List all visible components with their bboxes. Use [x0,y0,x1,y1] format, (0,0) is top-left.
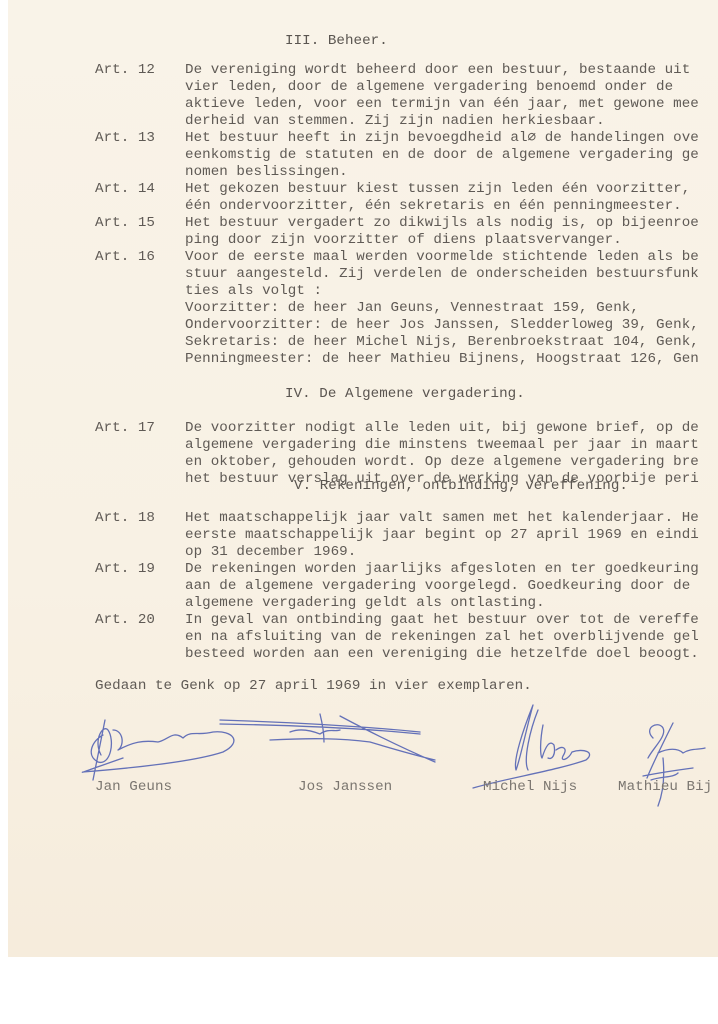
signature-jos-janssen [220,712,440,772]
board-member-chairman: Voorzitter: de heer Jan Geuns, Vennestra… [185,300,639,317]
article-line: aktieve leden, voor een termijn van één … [185,96,699,113]
signatory-name: Jan Geuns [95,779,172,796]
board-member-vice-chairman: Ondervoorzitter: de heer Jos Janssen, Sl… [185,317,699,334]
section-heading-algemene-vergadering: IV. De Algemene vergadering. [285,386,525,403]
article-label: Art. 12 [95,62,155,79]
article-label: Art. 15 [95,215,155,232]
board-member-treasurer: Penningmeester: de heer Mathieu Bijnens,… [185,351,699,368]
article-line: en na afsluiting van de rekeningen zal h… [185,629,699,646]
signatory-name: Jos Janssen [298,779,392,796]
closing-statement: Gedaan te Genk op 27 april 1969 in vier … [95,678,532,695]
article-line: op 31 december 1969. [185,544,356,561]
article-line: één ondervoorzitter, één sekretaris en é… [185,198,682,215]
article-line: ping door zijn voorzitter of diens plaat… [185,232,622,249]
article-label: Art. 20 [95,612,155,629]
article-label: Art. 18 [95,510,155,527]
article-line: en oktober, gehouden wordt. Op deze alge… [185,454,699,471]
article-line: Voor de eerste maal werden voormelde sti… [185,249,699,266]
article-line: Het bestuur vergadert zo dikwijls als no… [185,215,699,232]
board-member-secretary: Sekretaris: de heer Michel Nijs, Berenbr… [185,334,699,351]
article-label: Art. 14 [95,181,155,198]
article-label: Art. 13 [95,130,155,147]
article-line: aan de algemene vergadering voorgelegd. … [185,578,690,595]
article-label: Art. 19 [95,561,155,578]
article-line: besteed worden aan een vereniging die he… [185,646,699,663]
article-line: derheid van stemmen. Zij zijn nadien her… [185,113,605,130]
article-line: eerste maatschappelijk jaar begint op 27… [185,527,699,544]
article-label: Art. 16 [95,249,155,266]
article-line: In geval van ontbinding gaat het bestuur… [185,612,699,629]
article-label: Art. 17 [95,420,155,437]
article-line: ties als volgt : [185,283,322,300]
signatory-name: Mathieu Bij [618,779,712,796]
article-line: De rekeningen worden jaarlijks afgeslote… [185,561,699,578]
section-heading-rekeningen: V. Rekeningen, ontbinding, vereffening. [294,478,628,495]
signatory-name: Michel Nijs [483,779,577,796]
section-heading-beheer: III. Beheer. [285,33,388,50]
document-page: III. Beheer. Art. 12 De vereniging wordt… [8,0,718,957]
article-line: stuur aangesteld. Zij verdelen de onders… [185,266,699,283]
article-line: nomen beslissingen. [185,164,348,181]
article-line: Het bestuur heeft in zijn bevoegdheid al… [185,130,699,147]
article-line: eenkomstig de statuten en de door de alg… [185,147,699,164]
article-line: Het gekozen bestuur kiest tussen zijn le… [185,181,690,198]
article-line: De voorzitter nodigt alle leden uit, bij… [185,420,699,437]
article-line: algemene vergadering die minstens tweema… [185,437,699,454]
article-line: vier leden, door de algemene vergadering… [185,79,673,96]
signature-jan-geuns [63,700,243,790]
article-line: Het maatschappelijk jaar valt samen met … [185,510,699,527]
article-line: algemene vergadering geldt als ontlastin… [185,595,545,612]
article-line: De vereniging wordt beheerd door een bes… [185,62,690,79]
